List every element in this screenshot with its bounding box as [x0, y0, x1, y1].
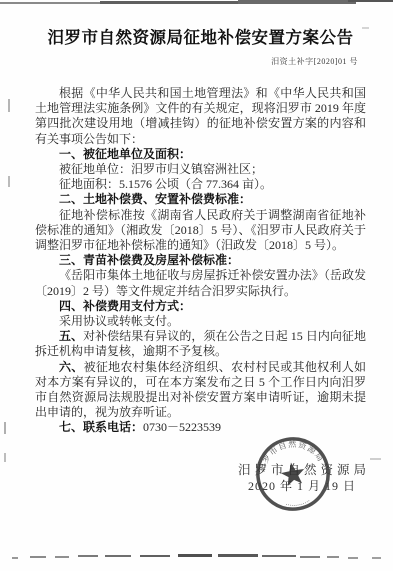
scan-artifact-bottom	[300, 556, 320, 558]
paragraph-lead: 六、	[59, 360, 84, 374]
scan-artifact-bottom	[105, 555, 131, 557]
paragraph-lead: 三、	[59, 253, 83, 267]
official-seal-icon: 汨罗市自然资源局 •••••••••••••	[248, 429, 338, 519]
section-heading: 三、青苗补偿费及房屋补偿标准：	[35, 253, 366, 268]
paragraph-lead: 四、	[59, 299, 83, 313]
scan-artifact-right	[370, 458, 381, 460]
scan-artifact-bottom	[348, 557, 358, 559]
scan-artifact-bottom	[30, 556, 46, 558]
document-page: 汨罗市自然资源局征地补偿安置方案公告 汨资土补字[2020]01 号 根据《中华…	[0, 0, 393, 571]
section-heading: 四、补偿费用支付方式：	[35, 299, 366, 314]
scan-artifact-bottom	[140, 555, 170, 557]
section-heading: 二、土地补偿费、安置补偿费标准：	[35, 192, 366, 207]
scan-artifact-bottom	[218, 554, 258, 557]
body-paragraph: 六、被征地农村集体经济组织、农村村民或其他权利人如对本方案有异议的，可在本方案发…	[35, 360, 366, 421]
scan-artifact-left	[4, 422, 6, 434]
doc-number: 汨资土补字[2020]01 号	[35, 56, 366, 67]
scan-artifact-bottom	[78, 555, 98, 557]
body-paragraph: 征地补偿标准按《湖南省人民政府关于调整湖南省征地补偿标准的通知》（湘政发〔201…	[35, 208, 366, 254]
document-content: 汨罗市自然资源局征地补偿安置方案公告 汨资土补字[2020]01 号 根据《中华…	[35, 27, 366, 436]
scan-artifact-bottom	[262, 555, 296, 557]
scan-artifact-top	[0, 2, 112, 4]
scan-artifact-bottom	[327, 556, 339, 558]
paragraph-lead: 一、	[59, 147, 83, 161]
page-title: 汨罗市自然资源局征地补偿安置方案公告	[35, 27, 366, 49]
body-paragraph: 被征地单位：汨罗市归义镇窑洲社区；	[35, 162, 366, 177]
scan-artifact-bottom	[12, 557, 18, 559]
section-heading: 一、被征地单位及面积：	[35, 147, 366, 162]
body-paragraph: 征地面积：5.1576 公顷（合 77.364 亩）。	[35, 177, 366, 192]
document-body: 根据《中华人民共和国土地管理法》和《中华人民共和国土地管理法实施条例》文件的有关…	[35, 86, 366, 436]
scan-artifact-top	[348, 0, 393, 2]
body-paragraph: 采用协议或转帐支付。	[35, 314, 366, 329]
body-paragraph: 根据《中华人民共和国土地管理法》和《中华人民共和国土地管理法实施条例》文件的有关…	[35, 86, 366, 147]
seal-star-icon	[279, 460, 306, 486]
body-paragraph: 《岳阳市集体土地征收与房屋拆迁补偿安置办法》（岳政发〔2019〕2 号）等文件规…	[35, 268, 366, 298]
body-paragraph: 五、对补偿结果有异议的，须在公告之日起 15 日内向征地拆迁机构申请复核，逾期不…	[35, 329, 366, 359]
scan-artifact-left	[4, 453, 6, 462]
scan-artifact-top	[100, 1, 248, 4]
paragraph-lead: 七、联系电话：	[59, 420, 143, 434]
scan-artifact-bottom	[55, 556, 69, 558]
scan-artifact-top	[238, 0, 356, 4]
paragraph-lead: 二、	[59, 192, 83, 206]
scan-artifact-left	[8, 176, 10, 187]
scan-artifact-bottom	[178, 554, 212, 557]
paragraph-lead: 五、	[59, 329, 83, 343]
scan-artifact-bottom	[372, 557, 381, 559]
scan-artifact-left	[8, 99, 10, 112]
